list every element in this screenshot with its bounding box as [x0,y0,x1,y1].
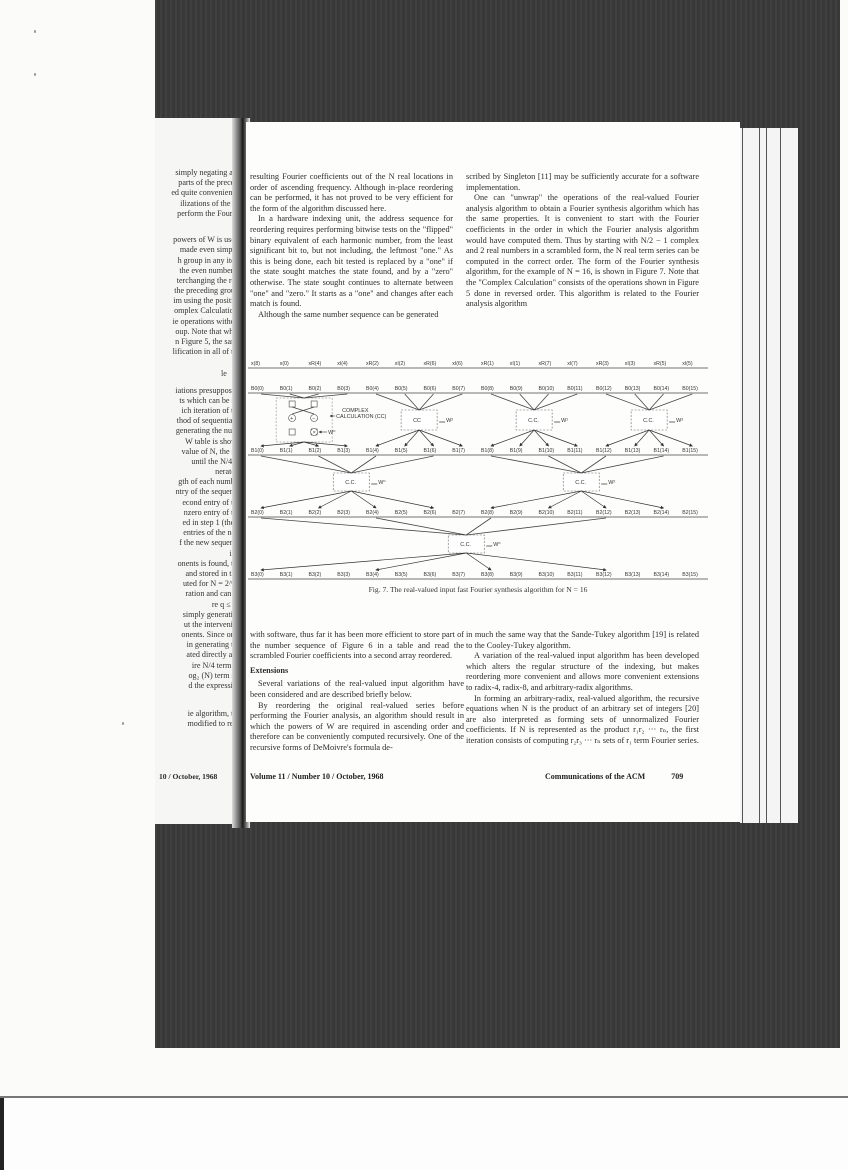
svg-text:W³: W³ [676,418,683,424]
svg-text:B3(11): B3(11) [567,572,582,578]
svg-text:B2(13): B2(13) [625,510,641,516]
paragraph: resulting Fourier coefficients out of th… [250,172,453,214]
svg-text:C.C.: C.C. [575,480,586,486]
text-line: W table is shown [155,437,241,447]
text-line: parts of the preced- [155,178,241,188]
paragraph: scribed by Singleton [11] may be suffici… [466,172,699,193]
svg-text:W⁰: W⁰ [378,479,385,486]
svg-text:W²: W² [446,418,453,424]
text-line: nerated. [155,467,241,477]
svg-text:xR(1): xR(1) [481,361,494,367]
svg-text:x(8): x(8) [251,361,260,367]
text-line: im using the positive [155,296,241,306]
text-line: re q ≤ m. [155,600,241,610]
text-line: simply negating and [155,168,241,178]
svg-text:B0(12): B0(12) [596,386,612,392]
text-line: n Figure 5, the same [155,337,241,347]
text-line: omplex Calculation" [155,306,241,316]
svg-text:xI(2): xI(2) [395,361,406,367]
paragraph: A variation of the real-valued input alg… [466,651,699,693]
svg-text:B3(6): B3(6) [424,572,437,578]
text-line: thod of sequentially [155,416,241,426]
right-col2-top: scribed by Singleton [11] may be suffici… [466,172,699,310]
svg-text:B3(7): B3(7) [452,572,465,578]
svg-text:xI(7): xI(7) [567,361,578,367]
svg-text:B3(10): B3(10) [539,572,555,578]
text-line: ie algorithm, the [155,709,241,719]
svg-text:B3(9): B3(9) [510,572,523,578]
text-line: the even numbered [155,266,241,276]
svg-text:B2(5): B2(5) [395,510,408,516]
svg-text:xR(5): xR(5) [654,361,667,367]
svg-text:B0(11): B0(11) [567,386,582,392]
paragraph: By reordering the original real-valued s… [250,701,464,754]
svg-text:B0(4): B0(4) [366,386,379,392]
text-line: lification in all of the [155,347,241,357]
svg-text:B3(1): B3(1) [280,572,293,578]
paragraph: One can "unwrap" the operations of the r… [466,193,699,310]
svg-text:B2(7): B2(7) [452,510,465,516]
svg-text:B1(9): B1(9) [510,448,523,454]
svg-text:B1(13): B1(13) [625,448,641,454]
text-line: uted for N = 2^m. [155,579,241,589]
svg-text:B0(14): B0(14) [654,386,670,392]
text-line: ice. [155,549,241,559]
svg-text:B0(1): B0(1) [280,386,293,392]
svg-text:B3(12): B3(12) [596,572,612,578]
text-line: h group in any item [155,256,241,266]
text-line: generating the num- [155,426,241,436]
text-line: in generating the [155,640,241,650]
svg-text:B0(2): B0(2) [309,386,322,392]
paragraph: Several variations of the real-valued in… [250,679,464,700]
text-line: ich iteration of the [155,406,241,416]
text-line: powers of W is used, [155,235,241,245]
paragraph: In forming an arbitrary-radix, real-valu… [466,694,699,747]
svg-text:B2(3): B2(3) [337,510,350,516]
svg-text:B0(3): B0(3) [337,386,350,392]
svg-text:−: − [312,416,315,422]
svg-text:B2(2): B2(2) [309,510,322,516]
svg-text:xI(4): xI(4) [337,361,348,367]
svg-text:x(0): x(0) [280,361,289,367]
right-col1-top: resulting Fourier coefficients out of th… [250,172,453,320]
svg-text:B0(9): B0(9) [510,386,523,392]
page-stack-edges [740,128,798,823]
text-line: terchanging the real [155,276,241,286]
text-line: onents. Since only [155,630,241,640]
text-line: ntry of the sequence [155,487,241,497]
svg-text:xI(1): xI(1) [510,361,521,367]
svg-text:B2(8): B2(8) [481,510,494,516]
svg-text:B2(14): B2(14) [654,510,670,516]
svg-text:C.C.: C.C. [460,542,471,548]
svg-text:CC: CC [413,418,421,424]
svg-text:B1(8): B1(8) [481,448,494,454]
text-line: ated directly as a [155,650,241,660]
svg-text:B0(13): B0(13) [625,386,641,392]
svg-text:B0(15): B0(15) [682,386,698,392]
text-line: d the expression [155,681,241,691]
text-line: until the N/4 or [155,457,241,467]
svg-text:B1(2): B1(2) [309,448,322,454]
figure-caption: Fig. 7. The real-valued input fast Fouri… [248,585,708,594]
svg-text:B2(0): B2(0) [251,510,264,516]
paragraph: with software, thus far it has been more… [250,630,464,662]
text-line: ie operations without [155,317,241,327]
svg-text:B0(0): B0(0) [251,386,264,392]
svg-text:B1(0): B1(0) [251,448,264,454]
journal-name: Communications of the ACM [545,772,645,781]
text-line: econd entry of the [155,498,241,508]
svg-text:B1(1): B1(1) [280,448,293,454]
svg-text:B3(3): B3(3) [337,572,350,578]
right-col2-bottom: in much the same way that the Sande-Tuke… [466,630,699,747]
section-heading: le [155,369,241,379]
svg-text:B1(3): B1(3) [337,448,350,454]
scanner-bottom-edge [0,1096,848,1170]
paragraph: Although the same number sequence can be… [250,310,453,321]
svg-text:W⁰: W⁰ [493,541,500,548]
text-line: W. [155,219,241,229]
page-footer-volume: Volume 11 / Number 10 / October, 1968 [250,772,383,781]
svg-text:B2(15): B2(15) [682,510,698,516]
text-line: gth of each number [155,477,241,487]
text-line: the preceding group, [155,286,241,296]
svg-text:W²: W² [608,480,615,486]
svg-text:B3(14): B3(14) [654,572,670,578]
svg-text:B0(6): B0(6) [424,386,437,392]
svg-text:xR(6): xR(6) [424,361,437,367]
svg-text:B3(2): B3(2) [309,572,322,578]
svg-text:B1(15): B1(15) [682,448,698,454]
svg-text:B3(4): B3(4) [366,572,379,578]
svg-text:B1(10): B1(10) [539,448,555,454]
svg-text:B2(10): B2(10) [539,510,555,516]
svg-text:W⁰: W⁰ [328,429,335,436]
text-line: nzero entry of the [155,508,241,518]
figure-7-diagram: x(8)x(0)xR(4)xI(4)xR(2)xI(2)xR(6)xI(6)xR… [248,352,708,592]
svg-text:B0(5): B0(5) [395,386,408,392]
left-page-text: simply negating andparts of the preced-e… [155,168,241,730]
svg-text:B1(12): B1(12) [596,448,612,454]
text-line: ilizations of the al- [155,199,241,209]
text-line: entries of the new [155,528,241,538]
svg-text:B1(6): B1(6) [424,448,437,454]
text-line: ration and can be [155,589,241,599]
svg-text:B3(0): B3(0) [251,572,264,578]
svg-text:B2(12): B2(12) [596,510,612,516]
svg-text:+: + [290,416,293,422]
svg-text:xR(4): xR(4) [309,361,322,367]
text-line: ts which can be se- [155,396,241,406]
svg-text:B2(11): B2(11) [567,510,582,516]
text-line: og₂ (N) term se- [155,671,241,681]
svg-text:xI(3): xI(3) [625,361,636,367]
svg-text:B1(11): B1(11) [567,448,582,454]
svg-text:B2(1): B2(1) [280,510,293,516]
svg-text:B1(5): B1(5) [395,448,408,454]
text-line: made even simpler [155,245,241,255]
svg-text:B3(15): B3(15) [682,572,698,578]
svg-text:B0(7): B0(7) [452,386,465,392]
svg-text:B3(8): B3(8) [481,572,494,578]
svg-text:C.C.: C.C. [643,418,654,424]
svg-text:×: × [313,430,316,436]
svg-text:W¹: W¹ [561,418,568,424]
svg-text:B1(4): B1(4) [366,448,379,454]
text-line: onents is found, the [155,559,241,569]
text-line: iations presuppose a [155,386,241,396]
right-col1-bottom: with software, thus far it has been more… [250,630,464,754]
paragraph: in much the same way that the Sande-Tuke… [466,630,699,651]
text-line: and stored in this [155,569,241,579]
text-line: ed quite conveniently [155,188,241,198]
svg-text:C.C.: C.C. [528,418,539,424]
text-line: perform the Fourier [155,209,241,219]
text-line: simply generating [155,610,241,620]
svg-text:C.C.: C.C. [345,480,356,486]
svg-text:xR(3): xR(3) [596,361,609,367]
paragraph: In a hardware indexing unit, the address… [250,214,453,309]
left-page-footer: 10 / October, 1968 [159,772,217,781]
svg-text:B3(5): B3(5) [395,572,408,578]
svg-text:B1(7): B1(7) [452,448,465,454]
svg-text:B1(14): B1(14) [654,448,670,454]
text-line: ed in step 1 (these [155,518,241,528]
svg-text:xI(5): xI(5) [682,361,693,367]
svg-text:B2(4): B2(4) [366,510,379,516]
svg-text:B0(8): B0(8) [481,386,494,392]
svg-text:B2(6): B2(6) [424,510,437,516]
svg-text:B3(13): B3(13) [625,572,641,578]
section-heading-extensions: Extensions [250,666,464,677]
svg-text:B0(10): B0(10) [539,386,555,392]
text-line: value of N, the se- [155,447,241,457]
svg-text:xR(2): xR(2) [366,361,379,367]
svg-text:CALCULATION (CC): CALCULATION (CC) [336,414,386,420]
page-footer-journal: Communications of the ACM709 [545,772,683,781]
svg-text:xI(6): xI(6) [452,361,463,367]
text-line: f the new sequence [155,538,241,548]
svg-text:B2(9): B2(9) [510,510,523,516]
text-line: oup. Note that when [155,327,241,337]
text-line: ire N/4 term W [155,661,241,671]
page-number: 709 [671,772,683,781]
text-line: ut the intervening [155,620,241,630]
svg-text:xR(7): xR(7) [539,361,552,367]
text-line: modified to read [155,719,241,729]
